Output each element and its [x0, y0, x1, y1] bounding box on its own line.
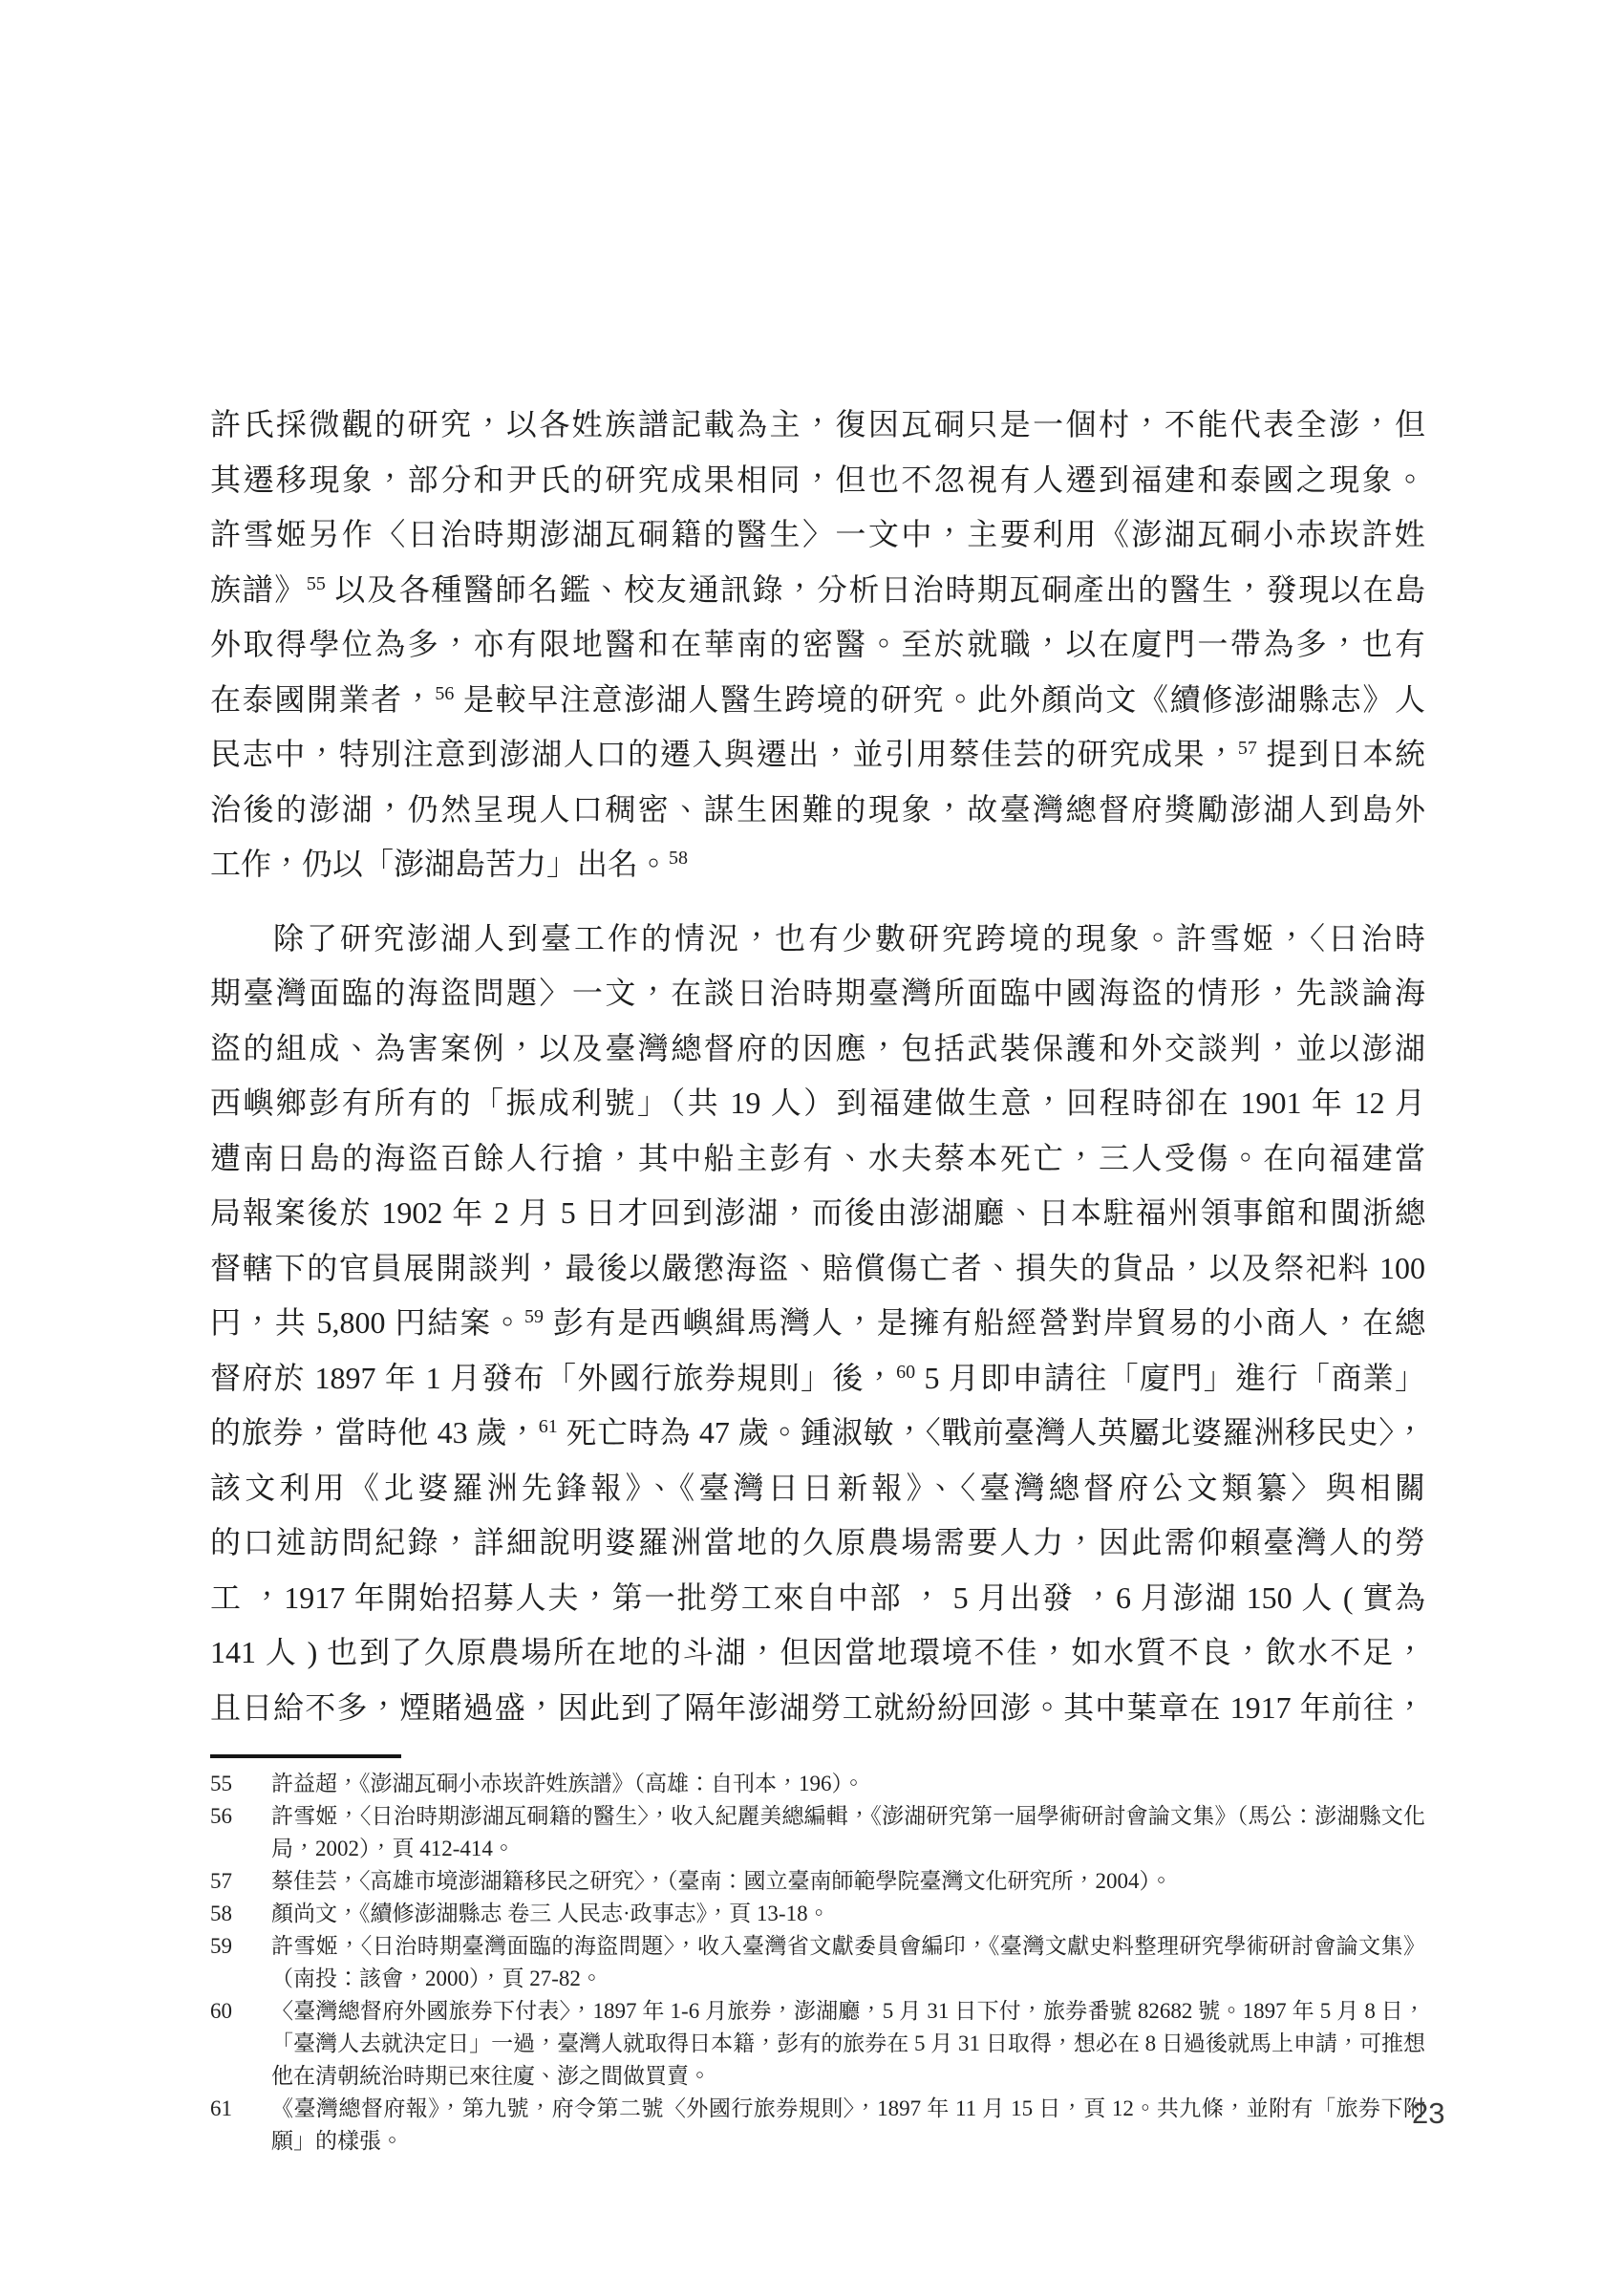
footnote-item: 61《臺灣總督府報》，第九號，府令第二號〈外國行旅券規則〉，1897 年 11 … — [210, 2093, 1425, 2158]
body-line: 其遷移現象，部分和尹氏的研究成果相同，但也不忽視有人遷到福建和泰國之現象。 — [210, 453, 1425, 508]
body-line: 在泰國開業者，56 是較早注意澎湖人醫生跨境的研究。此外顏尚文《續修澎湖縣志》人 — [210, 673, 1425, 728]
footnote-text: 〈臺灣總督府外國旅券下付表〉，1897 年 1-6 月旅券，澎湖廳，5 月 31… — [271, 1995, 1425, 2093]
body-line: 許氏採微觀的研究，以各姓族譜記載為主，復因瓦硐只是一個村，不能代表全澎，但 — [210, 398, 1425, 453]
body-line: 許雪姬另作〈日治時期澎湖瓦硐籍的醫生〉一文中，主要利用《澎湖瓦硐小赤崁許姓 — [210, 507, 1425, 563]
footnote-separator — [210, 1754, 401, 1758]
body-line: 督轄下的官員展開談判，最後以嚴懲海盜、賠償傷亡者、損失的貨品，以及祭祀料 100 — [210, 1241, 1425, 1297]
footnote-text: 許益超，《澎湖瓦硐小赤崁許姓族譜》（高雄：自刊本，196）。 — [271, 1768, 1425, 1800]
footnote-item: 58顏尚文，《續修澎湖縣志 卷三 人民志·政事志》，頁 13-18。 — [210, 1898, 1425, 1930]
body-line: 円，共 5,800 円結案。59 彭有是西嶼緝馬灣人，是擁有船經營對岸貿易的小商… — [210, 1296, 1425, 1351]
footnote-ref: 60 — [896, 1362, 915, 1383]
body-line: 141 人 ) 也到了久原農場所在地的斗湖，但因當地環境不佳，如水質不良，飲水不… — [210, 1625, 1425, 1681]
body-line: 工作，仍以「澎湖島苦力」出名。58 — [210, 837, 1425, 892]
body-line: 該文利用《北婆羅洲先鋒報》、《臺灣日日新報》、〈臺灣總督府公文類纂〉與相關 — [210, 1461, 1425, 1516]
footnote-number: 59 — [210, 1930, 271, 1963]
footnote-item: 56許雪姬，〈日治時期澎湖瓦硐籍的醫生〉，收入紀麗美總編輯，《澎湖研究第一屆學術… — [210, 1800, 1425, 1865]
body-line: 的口述訪問紀錄，詳細說明婆羅洲當地的久原農場需要人力，因此需仰賴臺灣人的勞 — [210, 1515, 1425, 1571]
body-line: 西嶼鄉彭有所有的「振成利號」（共 19 人）到福建做生意，回程時卻在 1901 … — [210, 1076, 1425, 1131]
footnote-ref: 59 — [524, 1306, 544, 1327]
body-line: 遭南日島的海盜百餘人行搶，其中船主彭有、水夫蔡本死亡，三人受傷。在向福建當 — [210, 1131, 1425, 1187]
footnote-number: 61 — [210, 2093, 271, 2125]
footnote-item: 55許益超，《澎湖瓦硐小赤崁許姓族譜》（高雄：自刊本，196）。 — [210, 1768, 1425, 1800]
body-line: 督府於 1897 年 1 月發布「外國行旅券規則」後，60 5 月即申請往「廈門… — [210, 1351, 1425, 1407]
footnote-number: 57 — [210, 1865, 271, 1898]
footnote-ref: 58 — [669, 848, 688, 869]
body-line: 期臺灣面臨的海盜問題〉一文，在談日治時期臺灣所面臨中國海盜的情形，先談論海 — [210, 966, 1425, 1021]
body-line: 盜的組成、為害案例，以及臺灣總督府的因應，包括武裝保護和外交談判，並以澎湖 — [210, 1021, 1425, 1077]
footnote-number: 58 — [210, 1898, 271, 1930]
footnote-text: 許雪姬，〈日治時期澎湖瓦硐籍的醫生〉，收入紀麗美總編輯，《澎湖研究第一屆學術研討… — [271, 1800, 1425, 1865]
document-page: 許氏採微觀的研究，以各姓族譜記載為主，復因瓦硐只是一個村，不能代表全澎，但其遷移… — [0, 0, 1624, 2278]
body-paragraphs: 許氏採微觀的研究，以各姓族譜記載為主，復因瓦硐只是一個村，不能代表全澎，但其遷移… — [210, 398, 1425, 1735]
body-line: 民志中，特別注意到澎湖人口的遷入與遷出，並引用蔡佳芸的研究成果，57 提到日本統 — [210, 727, 1425, 783]
footnote-number: 60 — [210, 1995, 271, 2028]
body-line: 治後的澎湖，仍然呈現人口稠密、謀生困難的現象，故臺灣總督府獎勵澎湖人到島外 — [210, 783, 1425, 838]
body-line: 族譜》55 以及各種醫師名鑑、校友通訊錄，分析日治時期瓦硐產出的醫生，發現以在島 — [210, 563, 1425, 618]
footnote-ref: 57 — [1238, 738, 1257, 759]
footnote-item: 60〈臺灣總督府外國旅券下付表〉，1897 年 1-6 月旅券，澎湖廳，5 月 … — [210, 1995, 1425, 2093]
body-line: 且日給不多，煙賭過盛，因此到了隔年澎湖勞工就紛紛回澎。其中葉章在 1917 年前… — [210, 1681, 1425, 1736]
footnote-ref: 61 — [539, 1416, 558, 1437]
body-line: 外取得學位為多，亦有限地醫和在華南的密醫。至於就職，以在廈門一帶為多，也有 — [210, 617, 1425, 673]
footnotes: 55許益超，《澎湖瓦硐小赤崁許姓族譜》（高雄：自刊本，196）。56許雪姬，〈日… — [210, 1768, 1425, 2158]
footnote-text: 《臺灣總督府報》，第九號，府令第二號〈外國行旅券規則〉，1897 年 11 月 … — [271, 2093, 1425, 2158]
footnote-text: 蔡佳芸，〈高雄市境澎湖籍移民之研究〉，（臺南：國立臺南師範學院臺灣文化研究所，2… — [271, 1865, 1425, 1898]
footnote-item: 57蔡佳芸，〈高雄市境澎湖籍移民之研究〉，（臺南：國立臺南師範學院臺灣文化研究所… — [210, 1865, 1425, 1898]
page-number: 23 — [1412, 2096, 1444, 2131]
body-line: 工 ，1917 年開始招募人夫，第一批勞工來自中部 ， 5 月出發 ，6 月澎湖… — [210, 1571, 1425, 1626]
body-line: 除了研究澎湖人到臺工作的情況，也有少數研究跨境的現象。許雪姬，〈日治時 — [210, 912, 1425, 967]
footnote-item: 59許雪姬，〈日治時期臺灣面臨的海盜問題〉，收入臺灣省文獻委員會編印，《臺灣文獻… — [210, 1930, 1425, 1995]
body-line: 的旅券，當時他 43 歲，61 死亡時為 47 歲。鍾淑敏，〈戰前臺灣人英屬北婆… — [210, 1406, 1425, 1461]
footnote-ref: 56 — [435, 683, 454, 704]
footnote-number: 55 — [210, 1768, 271, 1800]
footnote-text: 許雪姬，〈日治時期臺灣面臨的海盜問題〉，收入臺灣省文獻委員會編印，《臺灣文獻史料… — [271, 1930, 1425, 1995]
footnote-text: 顏尚文，《續修澎湖縣志 卷三 人民志·政事志》，頁 13-18。 — [271, 1898, 1425, 1930]
footnote-ref: 55 — [307, 573, 326, 594]
paragraph: 除了研究澎湖人到臺工作的情況，也有少數研究跨境的現象。許雪姬，〈日治時期臺灣面臨… — [210, 912, 1425, 1736]
paragraph: 許氏採微觀的研究，以各姓族譜記載為主，復因瓦硐只是一個村，不能代表全澎，但其遷移… — [210, 398, 1425, 892]
footnote-number: 56 — [210, 1800, 271, 1833]
body-line: 局報案後於 1902 年 2 月 5 日才回到澎湖，而後由澎湖廳、日本駐福州領事… — [210, 1186, 1425, 1241]
